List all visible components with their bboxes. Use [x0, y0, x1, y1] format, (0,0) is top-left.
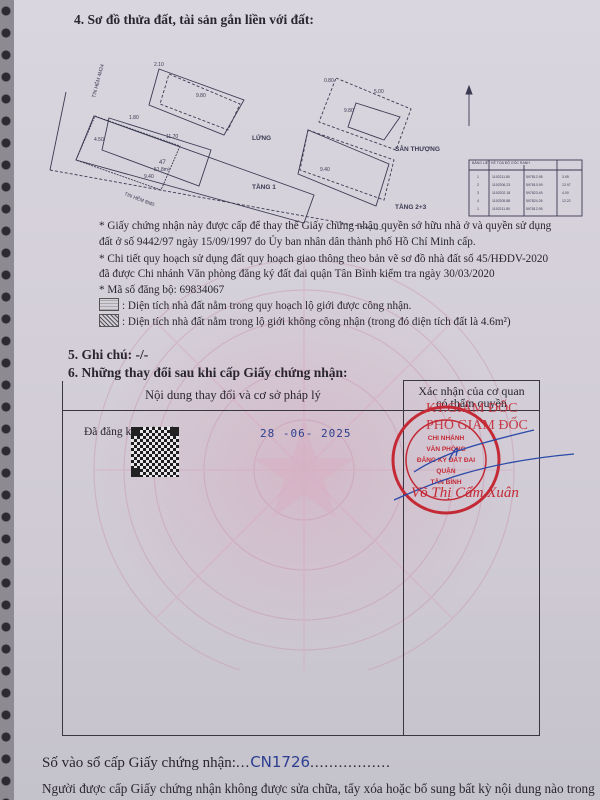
section-6-title: 6. Những thay đổi sau khi cấp Giấy chứng…: [68, 365, 348, 381]
change-content-cell: [63, 411, 404, 736]
legend-item-recognized: : Diện tích nhà đất nằm trong quy hoạch …: [99, 298, 411, 312]
svg-text:9.40: 9.40: [144, 174, 154, 180]
svg-text:12.22: 12.22: [562, 199, 571, 203]
register-number: CN1726: [250, 753, 310, 771]
svg-text:2: 2: [477, 183, 479, 187]
register-number-line: Số vào sổ cấp Giấy chứng nhận:...CN1726.…: [42, 753, 391, 772]
svg-text:1192205.88: 1192205.88: [492, 199, 510, 203]
svg-text:1192211.80: 1192211.80: [492, 175, 510, 179]
svg-text:9.40: 9.40: [320, 167, 330, 173]
legend-item-unrecognized: : Diện tích nhà đất nằm trong lộ giới kh…: [99, 314, 511, 328]
svg-text:12.97: 12.97: [562, 183, 571, 187]
svg-text:1: 1: [477, 207, 479, 211]
note-line-1: * Giấy chứng nhận này được cấp để thay t…: [99, 220, 551, 232]
binder-perforation: [0, 0, 14, 800]
svg-text:0.80: 0.80: [324, 78, 334, 84]
svg-text:1192206.23: 1192206.23: [492, 183, 510, 187]
svg-text:597812.95: 597812.95: [526, 207, 543, 211]
hatched-pattern-icon: [99, 314, 119, 327]
label-tang-2-3: TẦNG 2+3: [395, 201, 427, 211]
svg-text:1: 1: [477, 175, 479, 179]
section-5-title: 5. Ghi chú: -/-: [68, 347, 148, 363]
svg-text:5.00: 5.00: [374, 89, 384, 95]
svg-text:597824.26: 597824.26: [526, 199, 543, 203]
svg-text:4: 4: [477, 199, 479, 203]
label-san-thuong: SÂN THƯỢNG: [395, 144, 440, 153]
svg-text:9.80: 9.80: [196, 93, 206, 99]
svg-text:11.70: 11.70: [166, 134, 178, 140]
dotted-pattern-icon: [99, 298, 119, 311]
certificate-page: 4. Sơ đồ thửa đất, tài sản gắn liền với …: [14, 0, 600, 800]
svg-text:4.00: 4.00: [562, 191, 569, 195]
registration-code: * Mã số đăng bộ: 69834067: [99, 284, 224, 296]
note-line-3: * Chi tiết quy hoạch sử dụng đất quy hoạ…: [99, 253, 548, 265]
svg-text:1192202.18: 1192202.18: [492, 191, 510, 195]
svg-text:2.10: 2.10: [154, 62, 164, 68]
note-line-2: đất ở số 9442/97 ngày 15/09/1997 do Ủy b…: [99, 236, 476, 248]
qr-code[interactable]: [131, 427, 179, 477]
svg-text:BẢNG LIỆT KÊ TỌA ĐỘ GÓC RANH: BẢNG LIỆT KÊ TỌA ĐỘ GÓC RANH: [472, 160, 530, 165]
column-header-content: Nội dung thay đổi và cơ sở pháp lý: [63, 381, 404, 411]
signer-name: Võ Thị Cẩm Xuân: [411, 485, 519, 502]
footer-warning: Người được cấp Giấy chứng nhận không đượ…: [42, 781, 595, 797]
change-entry-date: 28 -06- 2025: [260, 427, 351, 440]
label-tang-1: TẦNG 1: [252, 181, 276, 191]
svg-text:1.80: 1.80: [129, 115, 139, 121]
label-lung: LỬNG: [252, 133, 271, 142]
svg-text:3: 3: [477, 191, 479, 195]
svg-text:47: 47: [159, 160, 166, 166]
svg-text:597823.45: 597823.45: [526, 191, 543, 195]
svg-text:1192211.80: 1192211.80: [492, 207, 510, 211]
svg-text:597812.95: 597812.95: [526, 175, 543, 179]
svg-text:3.95: 3.95: [562, 175, 569, 179]
svg-text:TIN HẺM 4M24: TIN HẺM 4M24: [90, 63, 106, 98]
svg-text:9.80: 9.80: [344, 108, 354, 114]
svg-text:TIN HẺM 8M0: TIN HẺM 8M0: [123, 190, 155, 208]
svg-text:4.50: 4.50: [94, 137, 104, 143]
plot-diagram: 47 51.8m² TIN HẺM 4M24 TIN HẺM 8M0 11.70…: [14, 0, 600, 230]
svg-text:51.8m²: 51.8m²: [154, 167, 170, 173]
note-line-4: đã được Chi nhánh Văn phòng đăng ký đất …: [99, 268, 495, 280]
svg-text:597810.99: 597810.99: [526, 183, 543, 187]
